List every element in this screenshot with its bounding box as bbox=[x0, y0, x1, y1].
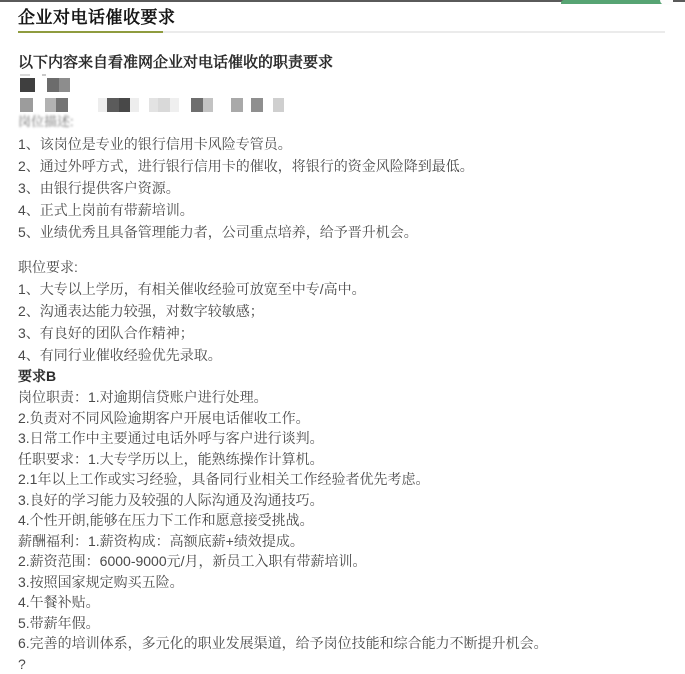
text-line: 5、业绩优秀且具备管理能力者，公司重点培养，给予晋升机会。 bbox=[18, 221, 665, 243]
text-line: 4.个性开朗,能够在压力下工作和愿意接受挑战。 bbox=[18, 510, 665, 531]
redacted-segment bbox=[42, 74, 46, 76]
text-line: 2、通过外呼方式，进行银行信用卡的催收，将银行的资金风险降到最低。 bbox=[18, 155, 665, 177]
title-divider bbox=[18, 31, 665, 33]
text-line: 3.按照国家规定购买五险。 bbox=[18, 572, 665, 593]
requirement-b-heading: 要求B bbox=[18, 366, 665, 387]
redacted-segment bbox=[20, 98, 33, 112]
redacted-segment bbox=[98, 98, 107, 112]
text-line: 2.薪资范围：6000-9000元/月，新员工入职有带薪培训。 bbox=[18, 551, 665, 572]
text-line: 1、该岗位是专业的银行信用卡风险专管员。 bbox=[18, 133, 665, 155]
text-line: 3、由银行提供客户资源。 bbox=[18, 177, 665, 199]
progress-bar bbox=[561, 0, 667, 4]
redacted-segment bbox=[56, 98, 68, 112]
redacted-segment bbox=[107, 98, 119, 112]
text-line: 3.日常工作中主要通过电话外呼与客户进行谈判。 bbox=[18, 428, 665, 449]
position-requirements-list: 1、大专以上学历，有相关催收经验可放宽至中专/高中。2、沟通表达能力较强，对数字… bbox=[18, 278, 665, 366]
text-line: 任职要求：1.大专学历以上，能熟练操作计算机。 bbox=[18, 449, 665, 470]
text-line: 薪酬福利：1.薪资构成：高额底薪+绩效提成。 bbox=[18, 531, 665, 552]
blurred-caption: 岗位描述: bbox=[18, 115, 665, 129]
job-description-list: 1、该岗位是专业的银行信用卡风险专管员。2、通过外呼方式，进行银行信用卡的催收，… bbox=[18, 133, 665, 243]
redacted-row bbox=[18, 74, 665, 76]
text-line: 5.带薪年假。 bbox=[18, 613, 665, 634]
redacted-block bbox=[18, 74, 665, 112]
redacted-segment bbox=[149, 98, 158, 112]
redacted-segment bbox=[45, 98, 56, 112]
text-line: ? bbox=[18, 654, 665, 674]
text-line: 4.午餐补贴。 bbox=[18, 592, 665, 613]
redacted-segment bbox=[203, 98, 213, 112]
text-line: 2.1年以上工作或实习经验，具备同行业相关工作经验者优先考虑。 bbox=[18, 469, 665, 490]
text-line: 6.完善的培训体系，多元化的职业发展渠道，给予岗位技能和综合能力不断提升机会。 bbox=[18, 633, 665, 654]
intro-heading: 以下内容来自看准网企业对电话催收的职责要求 bbox=[18, 54, 665, 72]
redacted-segment bbox=[273, 98, 284, 112]
redacted-segment bbox=[47, 78, 59, 92]
page-title: 企业对电话催收要求 bbox=[18, 8, 665, 27]
redacted-segment bbox=[119, 98, 130, 112]
redacted-segment bbox=[158, 98, 170, 112]
tab-corner bbox=[660, 0, 673, 5]
redacted-segment bbox=[20, 74, 30, 76]
redacted-segment bbox=[130, 98, 139, 112]
document-body: 企业对电话催收要求 以下内容来自看准网企业对电话催收的职责要求 岗位描述: 1、… bbox=[0, 0, 685, 674]
text-line: 2、沟通表达能力较强，对数字较敏感； bbox=[18, 300, 665, 322]
text-line: 岗位职责：1.对逾期信贷账户进行处理。 bbox=[18, 387, 665, 408]
redacted-segment bbox=[231, 98, 243, 112]
title-accent-underline bbox=[18, 31, 163, 33]
position-requirements-heading: 职位要求: bbox=[18, 256, 665, 278]
text-line: 2.负责对不同风险逾期客户开展电话催收工作。 bbox=[18, 408, 665, 429]
redacted-row bbox=[18, 78, 665, 92]
section-gap bbox=[18, 243, 665, 256]
requirement-b-lines: 岗位职责：1.对逾期信贷账户进行处理。2.负责对不同风险逾期客户开展电话催收工作… bbox=[18, 387, 665, 674]
text-line: 4、正式上岗前有带薪培训。 bbox=[18, 199, 665, 221]
text-line: 1、大专以上学历，有相关催收经验可放宽至中专/高中。 bbox=[18, 278, 665, 300]
text-line: 3、有良好的团队合作精神； bbox=[18, 322, 665, 344]
text-line: 4、有同行业催收经验优先录取。 bbox=[18, 344, 665, 366]
text-line: 3.良好的学习能力及较强的人际沟通及沟通技巧。 bbox=[18, 490, 665, 511]
redacted-segment bbox=[170, 98, 179, 112]
redacted-segment bbox=[20, 78, 35, 92]
redacted-segment bbox=[251, 98, 263, 112]
redacted-row bbox=[18, 98, 665, 112]
redacted-segment bbox=[59, 78, 70, 92]
redacted-segment bbox=[191, 98, 203, 112]
